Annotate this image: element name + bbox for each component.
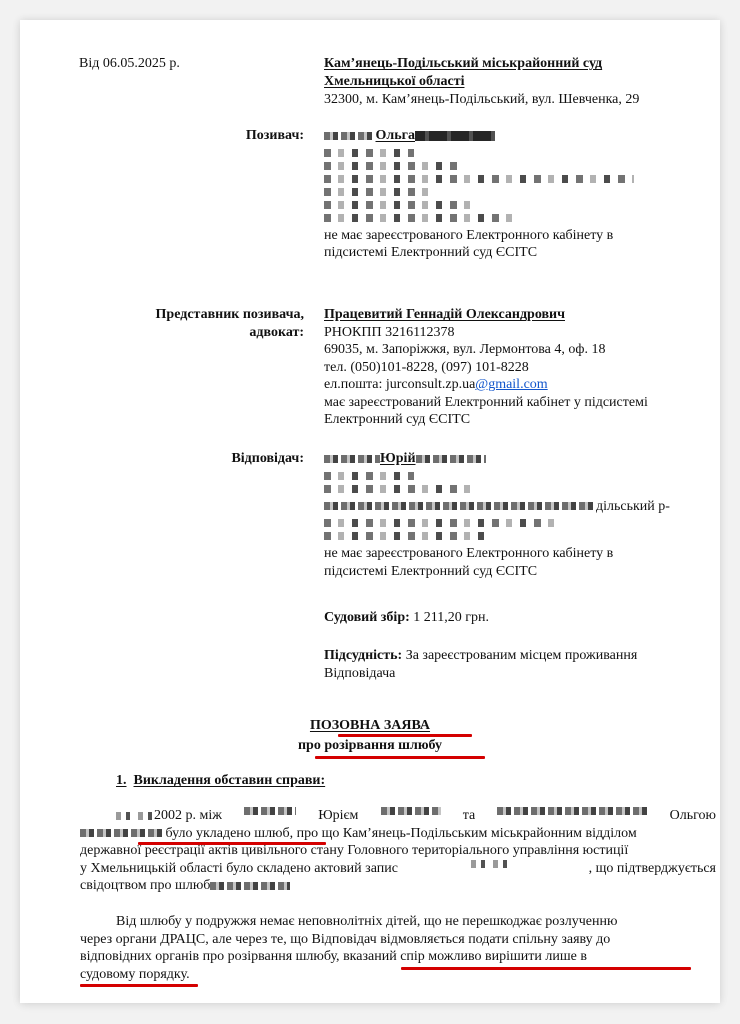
defendant-cabinet-status-cont: підсистемі Електронний суд ЄСІТС [324,563,704,581]
defendant-first-name: Юрій [380,451,416,466]
redacted-line [324,201,474,209]
defendant-address-line: дільський р- [324,498,704,516]
plaintiff-label: Позивач: [74,127,304,145]
redacted-line [324,485,474,493]
subtitle-red-annotation [315,756,485,759]
court-fee: Судовий збір: 1 211,20 грн. [324,609,489,627]
section-number: 1. [116,773,127,788]
defendant-block: Юрій дільський р- не має зареєстрованого… [324,450,704,580]
dispute-red-annotation [401,967,691,970]
p2-line2: через органи ДРАЦС, але через те, що Від… [80,931,716,949]
redacted-line [324,188,434,196]
plaintiff-cabinet-status-cont: підсистемі Електронний суд ЄСІТС [324,244,704,262]
representative-label: Представник позивача, адвокат: [74,306,304,341]
redacted-line [324,532,484,540]
redacted-line [324,519,554,527]
p1-line1: 2002 р. між Юрієм та Ольгою [80,807,716,825]
plaintiff-name: Ольга [324,127,704,145]
representative-label-line2: адвокат: [74,324,304,342]
redacted-birthdate [324,149,414,157]
court-fee-value: 1 211,20 грн. [410,610,489,625]
document-title: ПОЗОВНА ЗАЯВА [20,717,720,735]
redacted-line [324,214,514,222]
redacted-line [324,175,634,183]
section-1-heading: 1. Викладення обставин справи: [116,772,325,790]
marriage-highlight: було укладено шлюб [166,826,290,841]
court-name-line2: Хмельницької області [324,73,464,91]
p1-line4: у Хмельницькій області було складено акт… [80,860,716,878]
defendant-label: Відповідач: [74,450,304,468]
representative-address: 69035, м. Запоріжжя, вул. Лермонтова 4, … [324,341,648,359]
court-fee-label: Судовий збір: [324,610,410,625]
defendant-cabinet-status: не має зареєстрованого Електронного кабі… [324,545,704,563]
redacted-patronymic [415,131,495,141]
defendant-name: Юрій [324,450,704,468]
plaintiff-block: Ольга не має зареєстрованого Електронног… [324,127,704,262]
marriage-red-annotation [138,842,326,845]
court-procedure-highlight: вказаний спір можливо вирішити лише в [343,949,587,964]
p1-line2: було укладено шлюб, про що Кам’янець-Под… [80,825,716,843]
redacted-surname [324,455,380,463]
representative-cabinet-status-cont: Електронний суд ЄСІТС [324,411,648,429]
court-order-red-annotation [80,984,198,987]
plaintiff-first-name: Ольга [376,128,416,143]
court-name-line1: Кам’янець-Подільський міськрайонний суд [324,55,602,73]
jurisdiction-value: За зареєстрованим місцем проживання [402,648,637,663]
redacted-line [324,162,464,170]
document-date: Від 06.05.2025 р. [79,55,180,73]
representative-phone: тел. (050)101-8228, (097) 101-8228 [324,359,648,377]
redacted-address [324,502,596,510]
jurisdiction: Підсудність: За зареєстрованим місцем пр… [324,647,637,682]
p2-line3: відповідних органів про розірвання шлюбу… [80,948,716,966]
representative-email: ел.пошта: jurconsult.zp.ua@gmail.com [324,376,648,394]
paragraph-2: Від шлюбу у подружжя немає неповнолітніх… [80,913,716,983]
address-fragment: дільський р- [596,499,670,514]
redacted-birthdate [324,472,414,480]
representative-label-line1: Представник позивача, [74,306,304,324]
paragraph-1: 2002 р. між Юрієм та Ольгою було укладен… [80,807,716,895]
redacted-patronymic [416,455,486,463]
email-prefix: ел.пошта: jurconsult.zp.ua [324,377,475,392]
court-address: 32300, м. Кам’янець-Подільський, вул. Ше… [324,91,639,109]
document-page: Від 06.05.2025 р. Кам’янець-Подільський … [20,20,720,1003]
email-link[interactable]: @gmail.com [475,377,547,392]
court-procedure-highlight-cont: судовому порядку [80,967,186,982]
plaintiff-cabinet-status: не має зареєстрованого Електронного кабі… [324,227,704,245]
representative-block: Працевитий Геннадій Олександрович РНОКПП… [324,306,648,429]
p1-line5: свідоцтвом про шлюб [80,877,716,895]
section-heading: Викладення обставин справи: [134,773,326,788]
p2-line1: Від шлюбу у подружжя немає неповнолітніх… [80,913,716,931]
document-subtitle: про розірвання шлюбу [20,737,720,755]
representative-cabinet-status: має зареєстрований Електронний кабінет у… [324,394,648,412]
jurisdiction-value-cont: Відповідача [324,665,637,683]
representative-name: Працевитий Геннадій Олександрович [324,306,648,324]
redacted-surname [324,132,372,140]
jurisdiction-label: Підсудність: [324,648,402,663]
representative-rnokpp: РНОКПП 3216112378 [324,324,648,342]
